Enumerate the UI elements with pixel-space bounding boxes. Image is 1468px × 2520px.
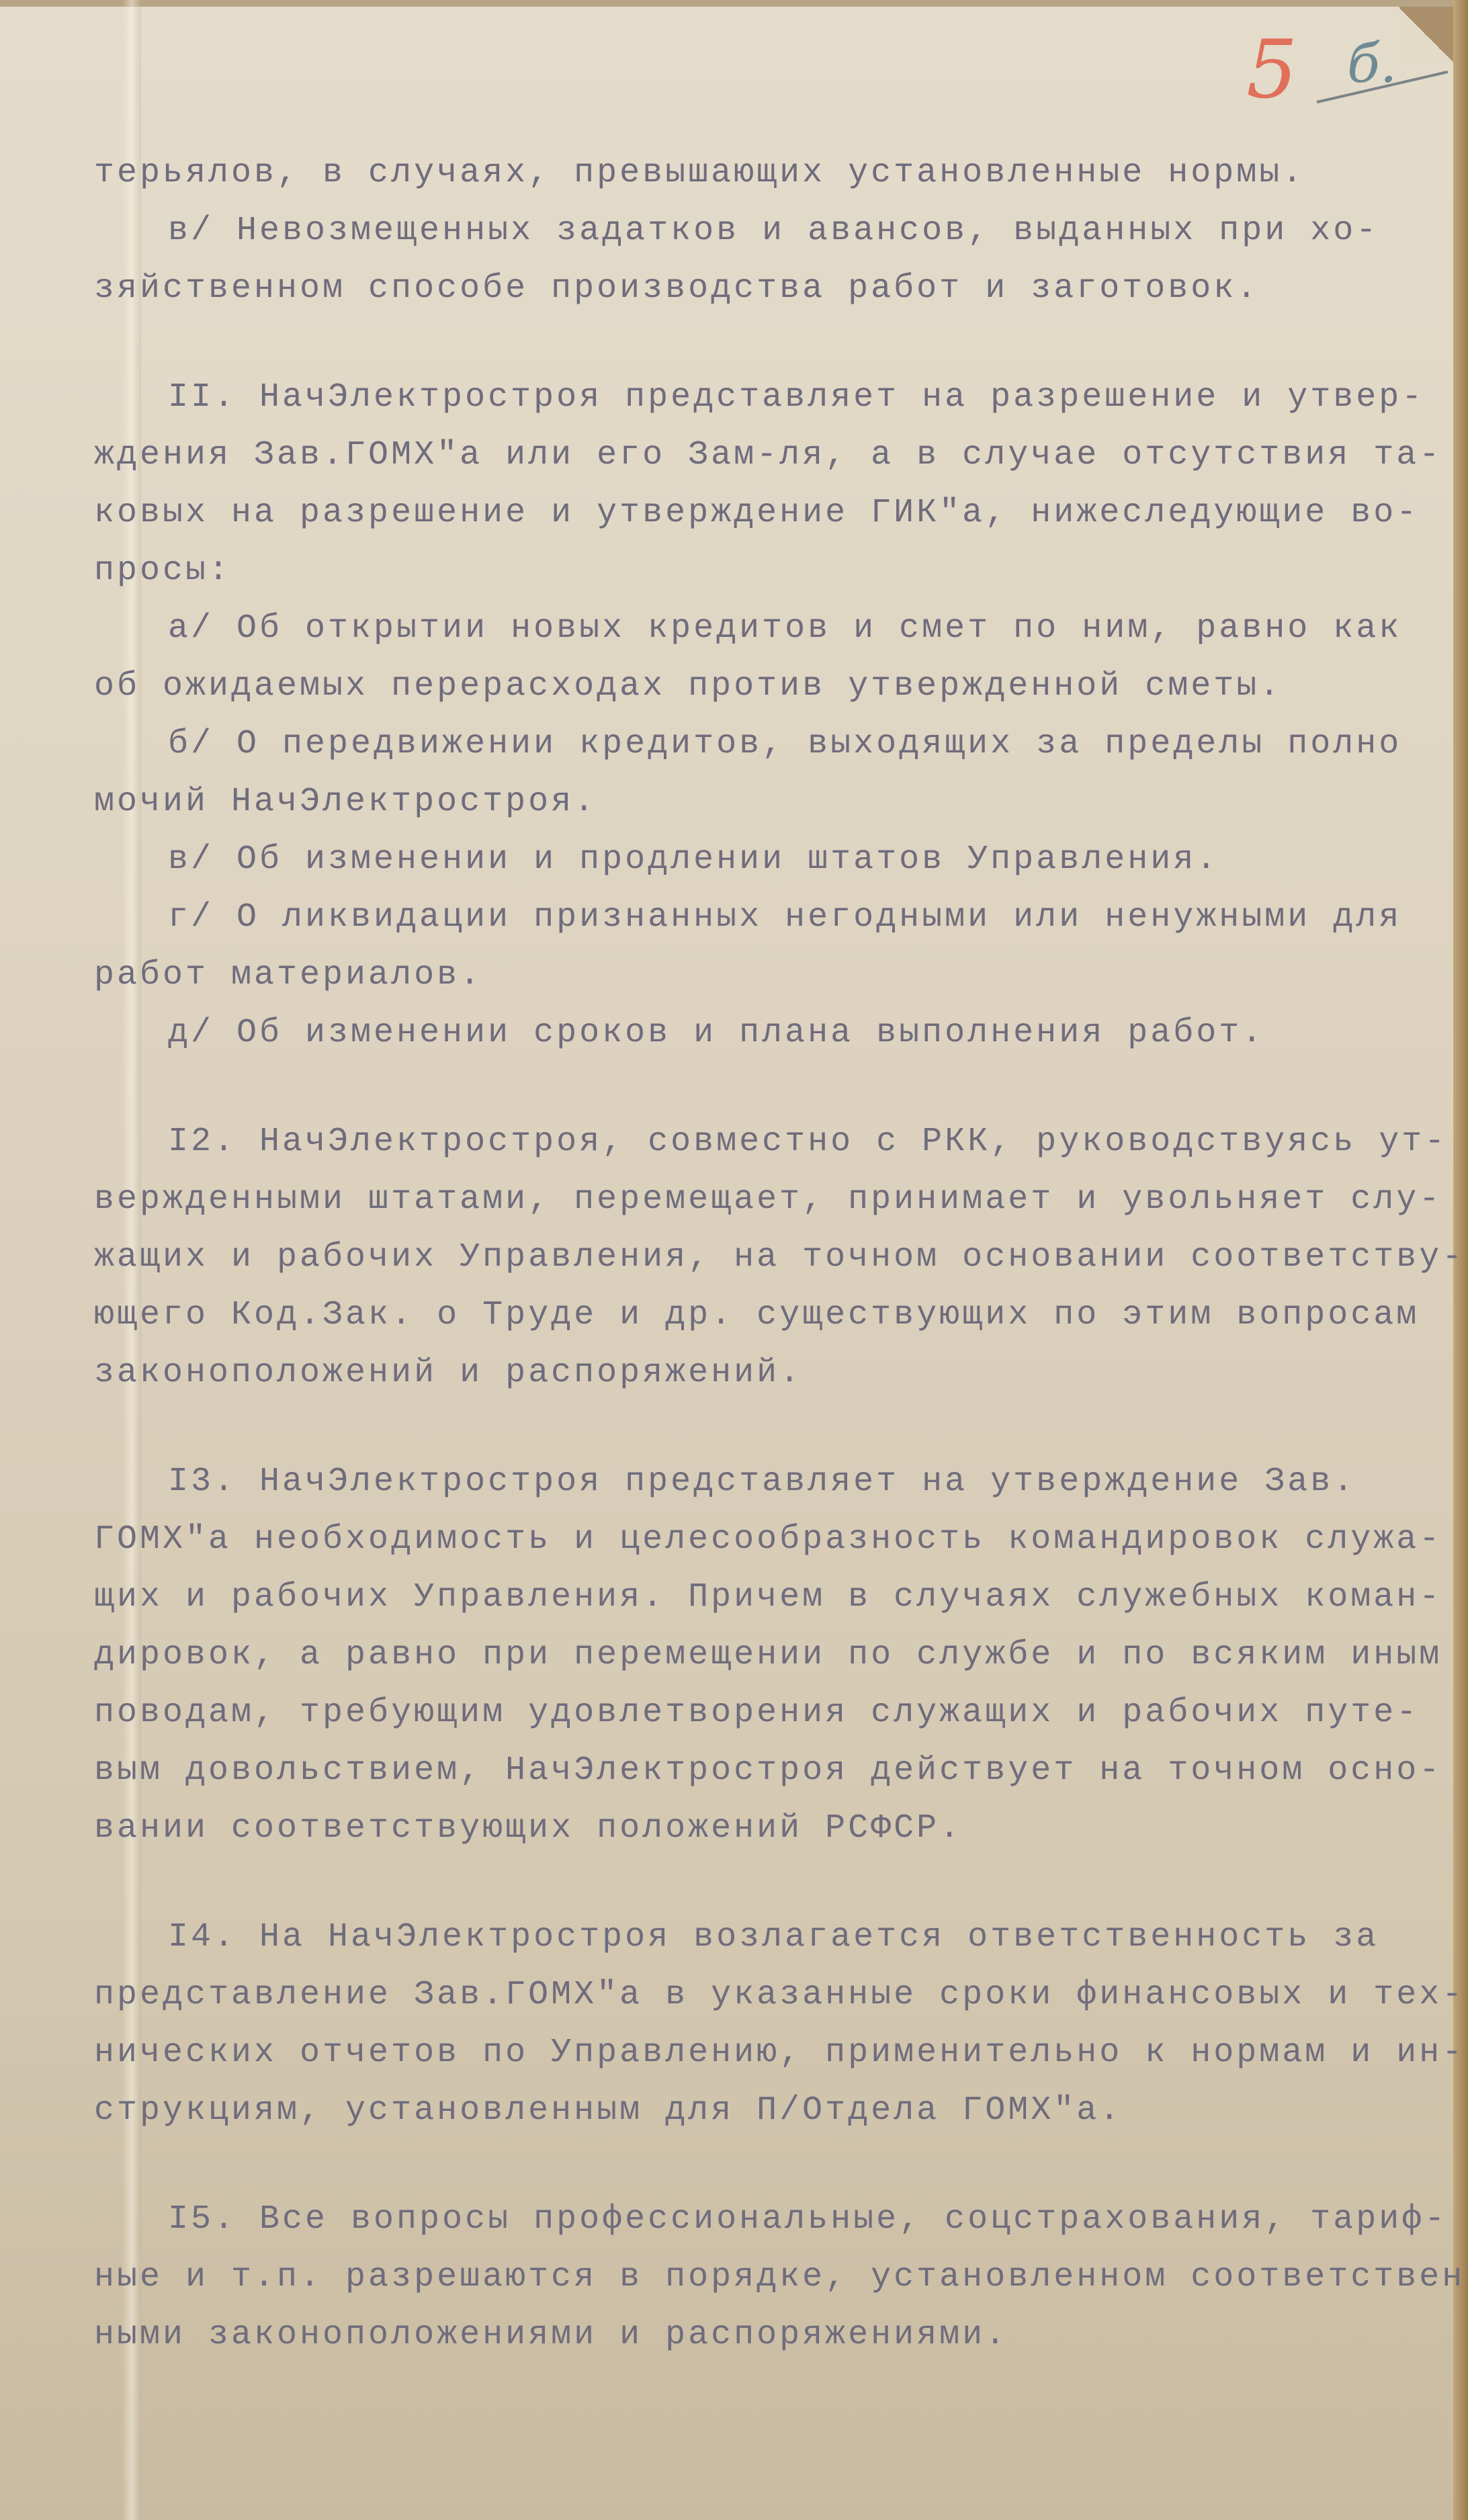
- text-line: ными законоположениями и распоряжениями.: [94, 2306, 1411, 2364]
- text-line: I5. Все вопросы профессиональные, соцстр…: [94, 2191, 1411, 2249]
- text-line: в/ Невозмещенных задатков и авансов, выд…: [94, 202, 1411, 260]
- text-line: нических отчетов по Управлению, применит…: [94, 2024, 1411, 2082]
- text-line: ные и т.п. разрешаются в порядке, устано…: [94, 2249, 1411, 2306]
- text-line: работ материалов.: [94, 947, 1411, 1004]
- typed-text-body: терьялов, в случаях, превышающих установ…: [94, 144, 1411, 2364]
- text-line: поводам, требующим удовлетворения служащ…: [94, 1684, 1411, 1742]
- text-line: I3. НачЭлектростроя представляет на утве…: [94, 1453, 1411, 1511]
- text-line: об ожидаемых перерасходах против утвержд…: [94, 658, 1411, 715]
- paragraph-section-11-v: в/ Об изменении и продлении штатов Управ…: [94, 831, 1411, 889]
- text-line: просы:: [94, 542, 1411, 600]
- text-line: г/ О ликвидации признанных негодными или…: [94, 889, 1411, 947]
- text-line: ждения Зав.ГОМХ"а или его Зам-ля, а в сл…: [94, 427, 1411, 484]
- text-line: струкциям, установленным для П/Отдела ГО…: [94, 2082, 1411, 2140]
- document-page: 5 б. терьялов, в случаях, превышающих ус…: [0, 0, 1468, 2520]
- text-line: ющего Код.Зак. о Труде и др. существующи…: [94, 1287, 1411, 1344]
- text-line: вержденными штатами, перемещает, принима…: [94, 1171, 1411, 1229]
- text-line: законоположений и распоряжений.: [94, 1344, 1411, 1402]
- text-line: в/ Об изменении и продлении штатов Управ…: [94, 831, 1411, 889]
- paragraph-section-14: I4. На НачЭлектростроя возлагается ответ…: [94, 1909, 1411, 2140]
- paragraph-section-11: II. НачЭлектростроя представляет на разр…: [94, 369, 1411, 600]
- text-line: а/ Об открытии новых кредитов и смет по …: [94, 600, 1411, 658]
- paragraph-section-11-d: д/ Об изменении сроков и плана выполнени…: [94, 1004, 1411, 1062]
- text-line: д/ Об изменении сроков и плана выполнени…: [94, 1004, 1411, 1062]
- page-top-edge: [0, 0, 1468, 7]
- text-line: терьялов, в случаях, превышающих установ…: [94, 144, 1411, 202]
- folio-number-blue: б.: [1347, 37, 1397, 91]
- text-line: дировок, а равно при перемещении по служ…: [94, 1626, 1411, 1684]
- paragraph-section-15: I5. Все вопросы профессиональные, соцстр…: [94, 2191, 1411, 2364]
- paragraph-item-v: в/ Невозмещенных задатков и авансов, выд…: [94, 202, 1411, 318]
- text-line: I4. На НачЭлектростроя возлагается ответ…: [94, 1909, 1411, 1966]
- text-line: ГОМХ"а необходимость и целесообразность …: [94, 1511, 1411, 1569]
- paragraph-section-13: I3. НачЭлектростроя представляет на утве…: [94, 1453, 1411, 1858]
- text-line: вании соответствующих положений РСФСР.: [94, 1800, 1411, 1858]
- paragraph-continuation: терьялов, в случаях, превышающих установ…: [94, 144, 1411, 202]
- text-line: представление Зав.ГОМХ"а в указанные сро…: [94, 1966, 1411, 2024]
- text-line: б/ О передвижении кредитов, выходящих за…: [94, 715, 1411, 773]
- text-line: II. НачЭлектростроя представляет на разр…: [94, 369, 1411, 427]
- paragraph-section-11-b: б/ О передвижении кредитов, выходящих за…: [94, 715, 1411, 831]
- paragraph-section-12: I2. НачЭлектростроя, совместно с РКК, ру…: [94, 1113, 1411, 1402]
- text-line: мочий НачЭлектростроя.: [94, 773, 1411, 831]
- text-line: щих и рабочих Управления. Причем в случа…: [94, 1569, 1411, 1626]
- text-line: жащих и рабочих Управления, на точном ос…: [94, 1229, 1411, 1287]
- text-line: I2. НачЭлектростроя, совместно с РКК, ру…: [94, 1113, 1411, 1171]
- paragraph-section-11-g: г/ О ликвидации признанных негодными или…: [94, 889, 1411, 1004]
- folio-number-red: 5: [1246, 30, 1297, 111]
- text-line: ковых на разрешение и утверждение ГИК"а,…: [94, 484, 1411, 542]
- paragraph-section-11-a: а/ Об открытии новых кредитов и смет по …: [94, 600, 1411, 715]
- folded-corner: [1399, 7, 1453, 64]
- text-line: вым довольствием, НачЭлектростроя действ…: [94, 1742, 1411, 1800]
- text-line: зяйственном способе производства работ и…: [94, 260, 1411, 318]
